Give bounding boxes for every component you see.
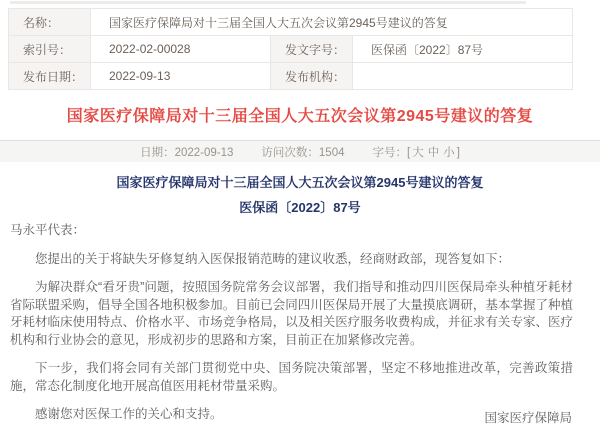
fontsize-medium-button[interactable]: 中 bbox=[428, 147, 440, 159]
page-title: 国家医疗保障局对十三届全国人大五次会议第2945号建议的答复 bbox=[0, 103, 600, 126]
table-row: 名称： 国家医疗保障局对十三届全国人大五次会议第2945号建议的答复 bbox=[9, 9, 573, 36]
doc-number-label: 发文字号： bbox=[271, 36, 353, 63]
table-row: 发布日期： 2022-09-13 发布机构： bbox=[9, 63, 573, 90]
meta-date-label: 日期： bbox=[140, 147, 175, 159]
meta-fontsize: 字号：[大中小] bbox=[373, 144, 460, 160]
paragraph: 下一步，我们将会同有关部门贯彻党中央、国务院决策部署，坚定不移地推进改革，完善政… bbox=[10, 360, 573, 395]
salutation: 马永平代表： bbox=[10, 222, 573, 240]
fontsize-large-button[interactable]: 大 bbox=[412, 147, 424, 159]
article-body: 马永平代表： 您提出的关于将缺失牙修复纳入医保报销范畴的建议收悉，经商财政部，现… bbox=[10, 222, 573, 429]
publish-date-label: 发布日期： bbox=[9, 63, 91, 90]
meta-visits: 访问次数：1504 bbox=[261, 144, 344, 160]
paragraph: 您提出的关于将缺失牙修复纳入医保报销范畴的建议收悉，经商财政部，现答复如下： bbox=[10, 251, 573, 269]
doc-number-value: 医保函〔2022〕87号 bbox=[353, 36, 573, 63]
fontsize-small-button[interactable]: 小 bbox=[443, 147, 455, 159]
meta-date-value: 2022-09-13 bbox=[175, 147, 234, 159]
meta-date: 日期：2022-09-13 bbox=[140, 144, 233, 160]
article-doc-number: 医保函〔2022〕87号 bbox=[0, 197, 600, 216]
fontsize-bracket: ] bbox=[457, 147, 460, 159]
index-number-value: 2022-02-00028 bbox=[91, 36, 271, 63]
meta-visits-value: 1504 bbox=[319, 147, 345, 159]
publish-date-value: 2022-09-13 bbox=[91, 63, 271, 90]
article-title: 国家医疗保障局对十三届全国人大五次会议第2945号建议的答复 bbox=[0, 172, 600, 191]
publish-org-label: 发布机构： bbox=[271, 63, 353, 90]
document-page: 名称： 国家医疗保障局对十三届全国人大五次会议第2945号建议的答复 索引号： … bbox=[0, 0, 600, 429]
signature: 国家医疗保障局 bbox=[484, 408, 572, 426]
meta-visits-label: 访问次数： bbox=[261, 147, 319, 159]
fontsize-label: 字号：[ bbox=[373, 147, 411, 159]
index-number-label: 索引号： bbox=[9, 36, 91, 63]
document-info-table: 名称： 国家医疗保障局对十三届全国人大五次会议第2945号建议的答复 索引号： … bbox=[8, 8, 573, 90]
table-row: 索引号： 2022-02-00028 发文字号： 医保函〔2022〕87号 bbox=[9, 36, 573, 63]
name-label: 名称： bbox=[9, 9, 91, 36]
top-divider bbox=[10, 1, 526, 4]
meta-bar: 日期：2022-09-13 访问次数：1504 字号：[大中小] bbox=[0, 140, 600, 162]
name-value: 国家医疗保障局对十三届全国人大五次会议第2945号建议的答复 bbox=[91, 9, 573, 36]
paragraph: 为解决群众“看牙贵”问题，按照国务院常务会议部署，我们指导和推动四川医保局牵头种… bbox=[10, 279, 573, 349]
publish-org-value bbox=[353, 63, 573, 90]
